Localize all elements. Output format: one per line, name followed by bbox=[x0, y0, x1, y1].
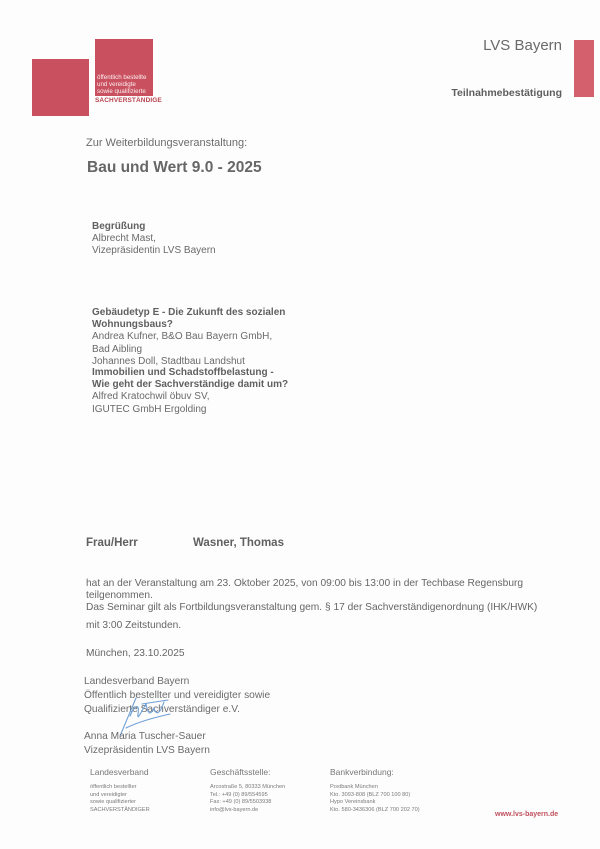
session-speaker: Bad Aibling bbox=[92, 344, 285, 356]
footer-column-office: Geschäftsstelle: Arcostraße 5, 80333 Mün… bbox=[210, 767, 285, 814]
footer-fax: Fax: +49 (0) 89/5503938 bbox=[210, 799, 285, 807]
footer-email: info@lvs-bayern.de bbox=[210, 807, 285, 815]
session-speaker: Albrecht Mast, bbox=[92, 233, 216, 245]
footer-line: Postbank München bbox=[330, 784, 420, 792]
document-type: Teilnahmebestätigung bbox=[451, 87, 562, 99]
footer-line: Hypo Vereinsbank bbox=[330, 799, 420, 807]
logo-tagline: öffentlich bestellte und vereidigte sowi… bbox=[97, 74, 146, 95]
session-speaker: Andrea Kufner, B&O Bau Bayern GmbH, bbox=[92, 331, 285, 343]
session-speaker: IGUTEC GmbH Ergolding bbox=[92, 404, 288, 416]
logo-tagline-line: öffentlich bestellte bbox=[97, 74, 146, 81]
session-title: Gebäudetyp E - Die Zukunft des sozialen bbox=[92, 307, 285, 319]
logo-tagline-line: und vereidigte bbox=[97, 81, 146, 88]
org-name: LVS Bayern bbox=[483, 37, 562, 54]
session-title: Wie geht der Sachverständige damit um? bbox=[92, 379, 288, 391]
place-date: München, 23.10.2025 bbox=[86, 648, 185, 659]
session: Immobilien und Schadstoffbelastung - Wie… bbox=[92, 367, 288, 416]
seminar-statement: Das Seminar gilt als Fortbildungsveranst… bbox=[86, 602, 586, 614]
session-title: Wohnungsbaus? bbox=[92, 319, 285, 331]
session-title: Immobilien und Schadstoffbelastung - bbox=[92, 367, 288, 379]
footer-column-bank: Bankverbindung: Postbank München Kto. 30… bbox=[330, 767, 420, 814]
session-speaker: Alfred Kratochwil öbuv SV, bbox=[92, 391, 288, 403]
event-intro: Zur Weiterbildungsveranstaltung: bbox=[86, 137, 247, 149]
attendance-statement: hat an der Veranstaltung am 23. Oktober … bbox=[86, 578, 586, 601]
signer-name: Anna Maria Tuscher-Sauer bbox=[84, 730, 210, 744]
website-link: www.lvs-bayern.de bbox=[495, 811, 558, 818]
hours-statement: mit 3:00 Zeitstunden. bbox=[86, 620, 586, 632]
body-line: teilgenommen. bbox=[86, 590, 586, 602]
logo-square-small bbox=[32, 59, 89, 116]
footer-line: Kto. 580-3436306 (BLZ 700 202 70) bbox=[330, 807, 420, 815]
brand-bar bbox=[574, 40, 594, 97]
session: Gebäudetyp E - Die Zukunft des sozialen … bbox=[92, 307, 285, 368]
participant-name: Wasner, Thomas bbox=[193, 537, 284, 549]
footer-column-association: Landesverband öffentlich bestellter und … bbox=[90, 767, 150, 814]
footer-address: Arcostraße 5, 80333 München bbox=[210, 784, 285, 792]
footer-line: SACHVERSTÄNDIGER bbox=[90, 807, 150, 815]
footer-line: öffentlich bestellter bbox=[90, 784, 150, 792]
logo-subline: SACHVERSTÄNDIGE bbox=[95, 97, 162, 104]
signer: Anna Maria Tuscher-Sauer Vizepräsidentin… bbox=[84, 730, 210, 757]
footer-line: sowie qualifizierter bbox=[90, 799, 150, 807]
signature-org-line: Landesverband Bayern bbox=[84, 675, 270, 689]
session: Begrüßung Albrecht Mast, Vizepräsidentin… bbox=[92, 221, 216, 258]
session-title: Begrüßung bbox=[92, 221, 216, 233]
footer-heading: Geschäftsstelle: bbox=[210, 767, 285, 777]
footer-line: Kto. 3093-808 (BLZ 700 100 80) bbox=[330, 792, 420, 800]
body-line: hat an der Veranstaltung am 23. Oktober … bbox=[86, 578, 586, 590]
footer-heading: Bankverbindung: bbox=[330, 767, 420, 777]
footer-line: und vereidigter bbox=[90, 792, 150, 800]
salutation-label: Frau/Herr bbox=[86, 537, 138, 549]
signer-role: Vizepräsidentin LVS Bayern bbox=[84, 744, 210, 758]
session-speaker: Vizepräsidentin LVS Bayern bbox=[92, 245, 216, 257]
event-title: Bau und Wert 9.0 - 2025 bbox=[87, 159, 262, 177]
footer-phone: Tel.: +49 (0) 89/554595 bbox=[210, 792, 285, 800]
footer-heading: Landesverband bbox=[90, 767, 150, 777]
logo-tagline-line: sowie qualifizierte bbox=[97, 88, 146, 95]
